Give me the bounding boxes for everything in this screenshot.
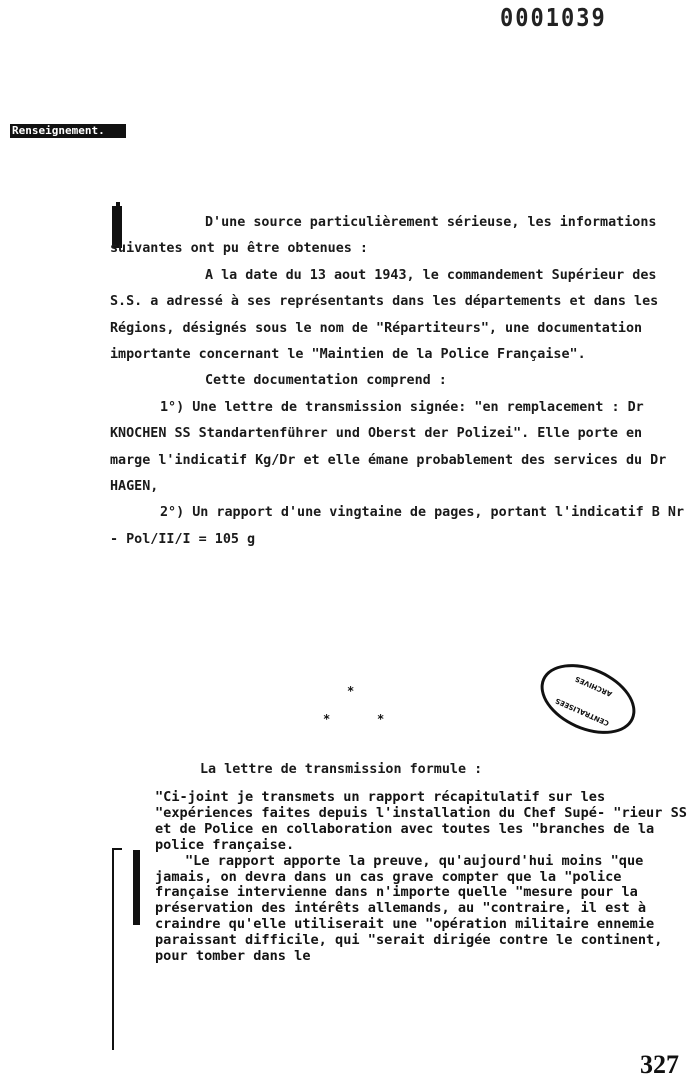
intro-text: D'une source particulièrement sérieuse, …	[110, 210, 690, 553]
quote-paragraph-2: "Le rapport apporte la preuve, qu'aujour…	[155, 854, 695, 965]
paragraph-source: D'une source particulièrement sérieuse, …	[110, 210, 690, 263]
reference-number: 0001039	[500, 4, 607, 33]
header-mark: Renseignement.	[10, 124, 126, 138]
ornament-star: *	[377, 712, 384, 726]
paragraph-item-1: 1°) Une lettre de transmission signée: "…	[110, 395, 690, 501]
quoted-letter: "Ci-joint je transmets un rapport récapi…	[155, 790, 695, 965]
paragraph-date: A la date du 13 aout 1943, le commandeme…	[110, 263, 690, 369]
page-number: 327	[640, 1050, 679, 1080]
margin-bracket	[112, 848, 122, 1050]
paragraph-documentation: Cette documentation comprend :	[110, 368, 690, 394]
margin-mark	[133, 850, 140, 925]
ornament-star: *	[347, 684, 354, 698]
quote-paragraph-1: "Ci-joint je transmets un rapport récapi…	[155, 790, 695, 854]
ornament-star: *	[323, 712, 330, 726]
archive-stamp: ARCHIVES CENTRALISEES	[530, 650, 647, 747]
paragraph-item-2: 2°) Un rapport d'une vingtaine de pages,…	[110, 500, 690, 553]
document-page: 0001039 Renseignement. D'une source part…	[0, 0, 700, 1088]
section-title: La lettre de transmission formule :	[200, 762, 482, 777]
